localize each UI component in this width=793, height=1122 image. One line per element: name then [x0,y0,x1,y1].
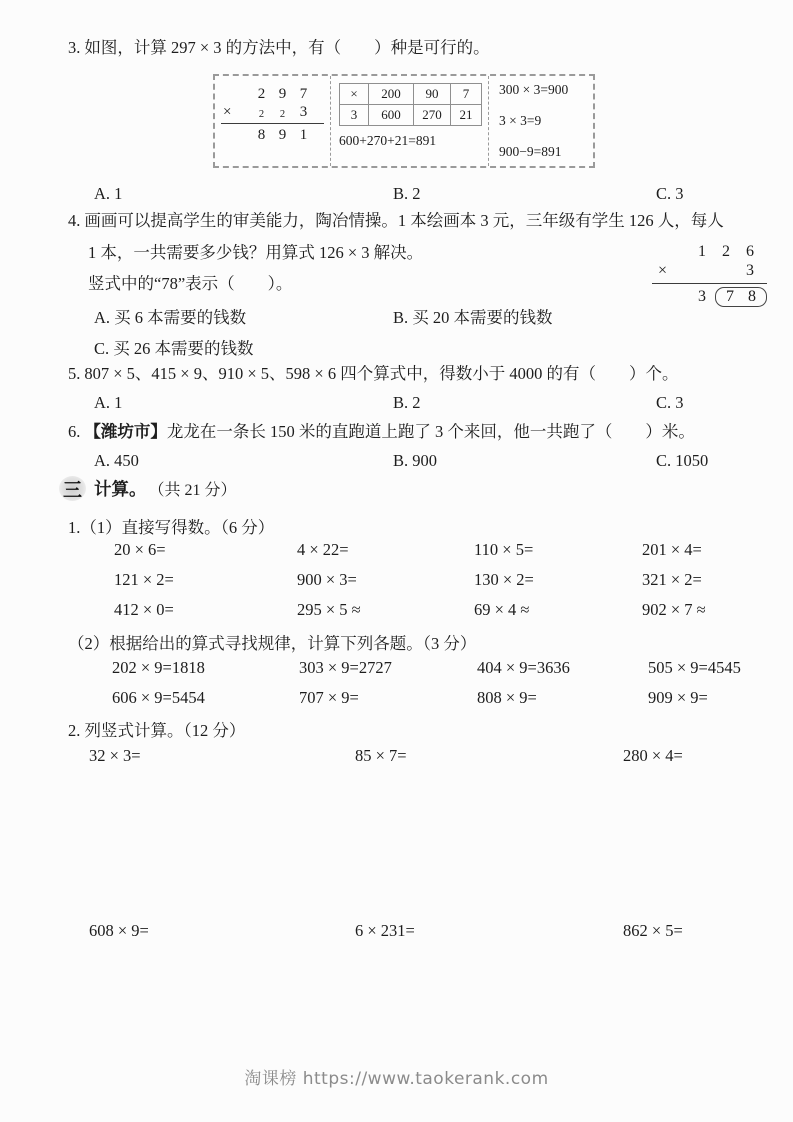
digit: 2 [251,86,272,103]
pattern-calc-row-2: 606 × 9=5454 707 × 9= 808 × 9= 909 × 9= [112,688,708,708]
vertical-multiplier-row: ×3 [652,262,767,284]
question-5-options: A. 1 B. 2 C. 3 [94,393,684,413]
digit: 8 [741,288,763,306]
question-5-number: 5. [68,364,80,383]
calc-item: 909 × 9= [648,688,708,708]
oral-calc-row-3: 412 × 0= 295 × 5 ≈ 69 × 4 ≈ 902 × 7 ≈ [114,600,706,620]
digit: 7 [719,288,741,306]
question-6-number: 6. [68,422,80,441]
carry-digit: 2 [251,109,272,121]
digit: 8 [251,127,272,144]
figure-vertical-method: 297 ×223 891 [215,76,330,166]
option-b: B. 2 [393,393,656,413]
calc-item: 808 × 9= [477,688,648,708]
calc-item: 900 × 3= [297,570,474,590]
question-4-stem-line1: 4.画画可以提高学生的审美能力，陶冶情操。1 本绘画本 3 元，三年级有学生 1… [68,210,724,232]
calc-item: 295 × 5 ≈ [297,600,474,620]
table-cell: 90 [414,84,451,105]
option-c: C. 买 26 本需要的钱数 [94,335,254,359]
multiply-sign: × [221,104,251,121]
question-4-stem-line2: 1 本，一共需要多少钱？用算式 126 × 3 解决。 [88,242,423,264]
table-cell: 270 [414,105,451,126]
calc-item: 404 × 9=3636 [477,658,648,678]
table-row: 3 600 270 21 [340,105,482,126]
digit: 2 [714,243,738,261]
calc-item: 303 × 9=2727 [299,658,477,678]
section-title: 计算。 [94,476,147,501]
option-a: A. 450 [94,451,393,471]
calc-item: 32 × 3= [89,746,355,766]
oral-calc-row-2: 121 × 2= 900 × 3= 130 × 2= 321 × 2= [114,570,702,590]
question-3-stem: 3.如图，计算 297 × 3 的方法中，有（ ）种是可行的。 [68,37,490,59]
method-line: 3 × 3=9 [499,113,589,129]
digit: 3 [738,262,762,280]
digit: 6 [738,243,762,261]
option-b: B. 900 [393,451,656,471]
calc-item: 20 × 6= [114,540,297,560]
method-line: 900−9=891 [499,144,589,160]
calc-item: 202 × 9=1818 [112,658,299,678]
option-a: A. 1 [94,393,393,413]
question-4-options-row2: C. 买 26 本需要的钱数 [94,335,254,359]
calc-item: 606 × 9=5454 [112,688,299,708]
table-cell: × [340,84,369,105]
vertical-result-row: 891 [221,127,324,144]
question-5-text: 807 × 5、415 × 9、910 × 5、598 × 6 四个算式中，得数… [84,364,678,383]
calc-item: 201 × 4= [642,540,702,560]
footer-watermark: 淘课榜 https://www.taokerank.com [0,1064,793,1089]
question-4-stem-line3: 竖式中的“78”表示（ ）。 [88,273,292,295]
table-cell: 600 [369,105,414,126]
question-4-text-line3: 竖式中的“78”表示（ ）。 [88,274,292,293]
question-6-text: 龙龙在一条长 150 米的直跑道上跑了 3 个来回，他一共跑了（ ）米。 [167,422,695,441]
digit: 1 [293,127,314,144]
question-4-number: 4. [68,211,80,230]
calc-item: 4 × 22= [297,540,474,560]
option-a: A. 买 6 本需要的钱数 [94,304,393,328]
part3-label: 2. 列竖式计算。（12 分） [68,717,245,741]
table-cell: 7 [451,84,482,105]
digit: 9 [272,127,293,144]
option-a: A. 1 [94,184,393,204]
option-b: B. 2 [393,184,656,204]
digit: 1 [690,243,714,261]
calc-item: 412 × 0= [114,600,297,620]
pattern-calc-row-1: 202 × 9=1818 303 × 9=2727 404 × 9=3636 5… [112,658,741,678]
calc-item: 6 × 231= [355,921,623,941]
multiply-sign: × [652,262,690,280]
calc-item: 110 × 5= [474,540,642,560]
calc-item: 862 × 5= [623,921,683,941]
calc-item: 130 × 2= [474,570,642,590]
table-row: × 200 90 7 [340,84,482,105]
worksheet-page: 3.如图，计算 297 × 3 的方法中，有（ ）种是可行的。 297 ×223… [0,0,793,1122]
question-6-stem: 6.【潍坊市】龙龙在一条长 150 米的直跑道上跑了 3 个来回，他一共跑了（ … [68,421,695,443]
option-b: B. 买 20 本需要的钱数 [393,304,553,328]
partial-products-table: × 200 90 7 3 600 270 21 [339,83,482,126]
question-4-options-row1: A. 买 6 本需要的钱数 B. 买 20 本需要的钱数 [94,304,553,328]
question-3-figure: 297 ×223 891 × 200 90 7 3 600 270 [213,74,595,168]
calc-item: 321 × 2= [642,570,702,590]
section-number-badge: 三 [59,476,86,501]
calc-item: 707 × 9= [299,688,477,708]
option-c: C. 1050 [656,451,708,471]
table-cell: 21 [451,105,482,126]
column-calc-row-1: 32 × 3= 85 × 7= 280 × 4= [89,746,683,766]
column-calc-row-2: 608 × 9= 6 × 231= 862 × 5= [89,921,683,941]
calc-item: 505 × 9=4545 [648,658,741,678]
calc-item: 69 × 4 ≈ [474,600,642,620]
question-3-number: 3. [68,38,80,57]
figure-grid-method: × 200 90 7 3 600 270 21 600+270+21=891 [330,76,489,166]
question-3-options: A. 1 B. 2 C. 3 [94,184,684,204]
boxed-digits: 78 [715,287,767,307]
question-5-stem: 5.807 × 5、415 × 9、910 × 5、598 × 6 四个算式中，… [68,363,678,385]
table-cell: 200 [369,84,414,105]
calc-item: 280 × 4= [623,746,683,766]
vertical-multiplicand-row: 297 [221,86,324,103]
part1-label: 1.（1）直接写得数。（6 分） [68,514,274,538]
digit: 3 [293,104,314,121]
digit: 9 [272,86,293,103]
carry-digit: 2 [272,109,293,121]
question-3-text: 如图，计算 297 × 3 的方法中，有（ ）种是可行的。 [84,38,489,57]
digit: 3 [690,288,714,306]
calc-item: 85 × 7= [355,746,623,766]
question-6-options: A. 450 B. 900 C. 1050 [94,451,708,471]
method-line: 300 × 3=900 [499,82,589,98]
vertical-result-row: 378 [652,287,767,307]
section-3-header: 三 计算。 （共 21 分） [59,476,237,501]
partial-products-sum: 600+270+21=891 [339,133,482,149]
digit: 7 [293,86,314,103]
vertical-multiplicand-row: 126 [652,243,767,261]
question-4-vertical-form: 126 ×3 378 [652,243,767,307]
part2-label: （2）根据给出的算式寻找规律，计算下列各题。（3 分） [68,630,476,654]
option-c: C. 3 [656,393,684,413]
oral-calc-row-1: 20 × 6= 4 × 22= 110 × 5= 201 × 4= [114,540,702,560]
question-6-city-tag: 【潍坊市】 [84,422,167,441]
table-cell: 3 [340,105,369,126]
option-c: C. 3 [656,184,684,204]
figure-estimate-method: 300 × 3=900 3 × 3=9 900−9=891 [489,76,593,166]
question-4-text-line1: 画画可以提高学生的审美能力，陶冶情操。1 本绘画本 3 元，三年级有学生 126… [84,211,723,230]
calc-item: 902 × 7 ≈ [642,600,706,620]
question-4-text-line2: 1 本，一共需要多少钱？用算式 126 × 3 解决。 [88,243,423,262]
section-score: （共 21 分） [149,477,237,500]
calc-item: 608 × 9= [89,921,355,941]
vertical-multiplier-row: ×223 [221,104,324,124]
calc-item: 121 × 2= [114,570,297,590]
